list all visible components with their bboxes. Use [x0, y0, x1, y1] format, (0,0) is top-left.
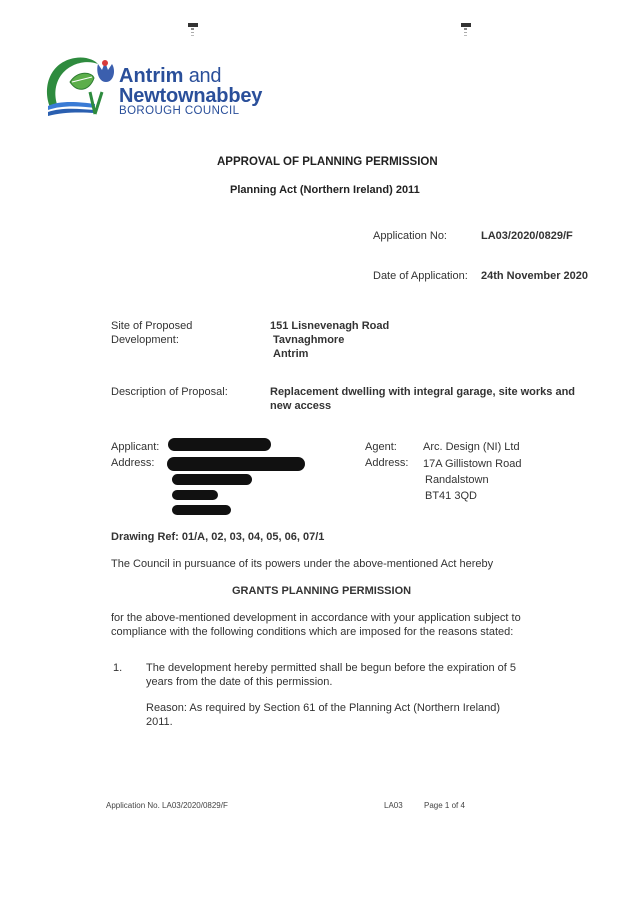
- logo-text-newtownabbey: Newtownabbey: [119, 86, 262, 106]
- redacted-applicant-address: [167, 457, 305, 471]
- logo-text-borough-council: BOROUGH COUNCIL: [119, 106, 239, 118]
- redacted-applicant-address: [172, 505, 231, 515]
- footer-application-number: Application No. LA03/2020/0829/F: [106, 801, 228, 810]
- application-number-value: LA03/2020/0829/F: [481, 229, 573, 243]
- redacted-applicant-name: [168, 438, 271, 451]
- condition-number: 1.: [113, 661, 122, 675]
- intro-text: The Council in pursuance of its powers u…: [111, 557, 493, 571]
- application-number-label: Application No:: [373, 229, 447, 243]
- punch-mark-icon: [186, 20, 200, 42]
- proposal-description: Replacement dwelling with integral garag…: [270, 385, 575, 413]
- document-title: APPROVAL OF PLANNING PERMISSION: [217, 156, 438, 168]
- condition-reason: Reason: As required by Section 61 of the…: [146, 701, 500, 729]
- footer-page-number: Page 1 of 4: [424, 801, 465, 810]
- logo-text-and: and: [183, 65, 221, 87]
- agent-address-label: Address:: [365, 456, 408, 470]
- site-label: Site of Proposed Development:: [111, 319, 192, 347]
- grant-paragraph: for the above-mentioned development in a…: [111, 611, 521, 639]
- logo-text-antrim: Antrim: [119, 65, 183, 87]
- applicant-label: Applicant:: [111, 440, 159, 454]
- agent-address: 17A Gillistown Road Randalstown BT41 3QD: [423, 456, 521, 504]
- council-emblem-icon: [40, 52, 120, 122]
- condition-text: The development hereby permitted shall b…: [146, 661, 516, 689]
- drawing-reference: Drawing Ref: 01/A, 02, 03, 04, 05, 06, 0…: [111, 530, 324, 544]
- redacted-applicant-address: [172, 490, 218, 500]
- application-date-value: 24th November 2020: [481, 269, 588, 283]
- proposal-label: Description of Proposal:: [111, 385, 228, 399]
- grant-heading: GRANTS PLANNING PERMISSION: [232, 584, 411, 598]
- redacted-applicant-address: [172, 474, 252, 485]
- site-address: 151 Lisnevenagh Road Tavnaghmore Antrim: [270, 319, 389, 361]
- applicant-address-label: Address:: [111, 456, 154, 470]
- council-logo: [40, 52, 120, 127]
- application-date-label: Date of Application:: [373, 269, 468, 283]
- punch-mark-icon: [459, 20, 473, 42]
- document-subtitle: Planning Act (Northern Ireland) 2011: [230, 184, 420, 196]
- footer-code: LA03: [384, 801, 403, 810]
- agent-name: Arc. Design (NI) Ltd: [423, 440, 520, 454]
- agent-label: Agent:: [365, 440, 397, 454]
